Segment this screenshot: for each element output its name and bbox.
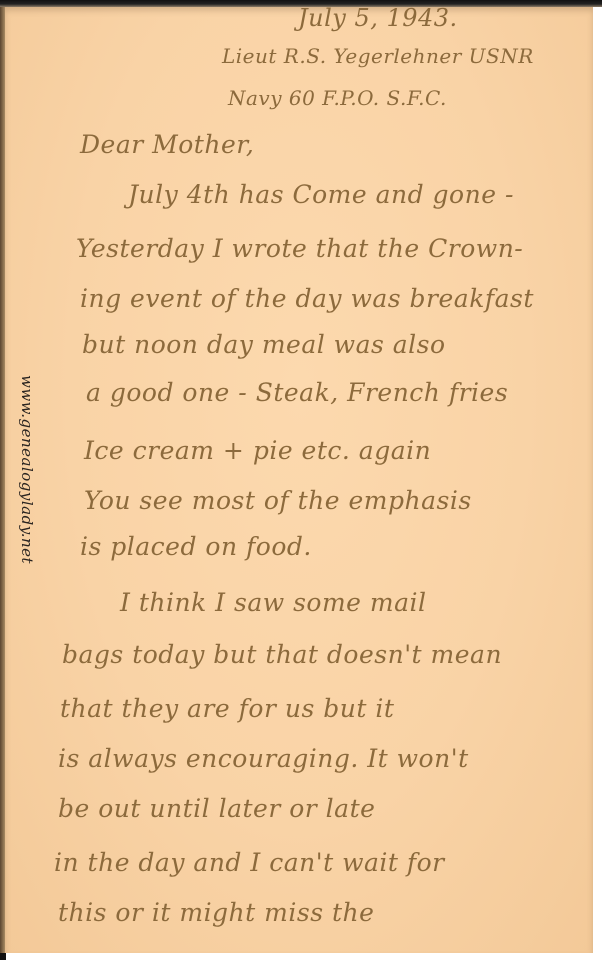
letter-line: in the day and I can't wait for <box>54 848 445 877</box>
letter-line: that they are for us but it <box>60 694 394 723</box>
watermark-text: www.genealogylady.net <box>6 375 36 605</box>
letter-sender: Lieut R.S. Yegerlehner USNR <box>222 44 534 68</box>
letter-line: but noon day meal was also <box>82 330 446 359</box>
letter-line: I think I saw some mail <box>120 588 427 617</box>
letter-line: July 4th has Come and gone - <box>128 180 514 209</box>
letter-line: Yesterday I wrote that the Crown- <box>76 234 523 263</box>
letter-line: Ice cream + pie etc. again <box>84 436 431 465</box>
letter-line: ing event of the day was breakfast <box>80 284 534 313</box>
letter-line: You see most of the emphasis <box>84 486 472 515</box>
letter-line: is always encouraging. It won't <box>58 744 469 773</box>
letter-line: this or it might miss the <box>58 898 374 927</box>
scanned-letter: www.genealogylady.net July 5, 1943. Lieu… <box>0 0 602 960</box>
letter-line: bags today but that doesn't mean <box>62 640 502 669</box>
letter-line: is placed on food. <box>80 532 312 561</box>
letter-line: a good one - Steak, French fries <box>86 378 508 407</box>
letter-line: be out until later or late <box>58 794 375 823</box>
scan-corner-mark <box>0 953 6 960</box>
letter-salutation: Dear Mother, <box>80 130 254 159</box>
letter-date: July 5, 1943. <box>298 4 458 32</box>
letter-address: Navy 60 F.P.O. S.F.C. <box>228 86 447 110</box>
